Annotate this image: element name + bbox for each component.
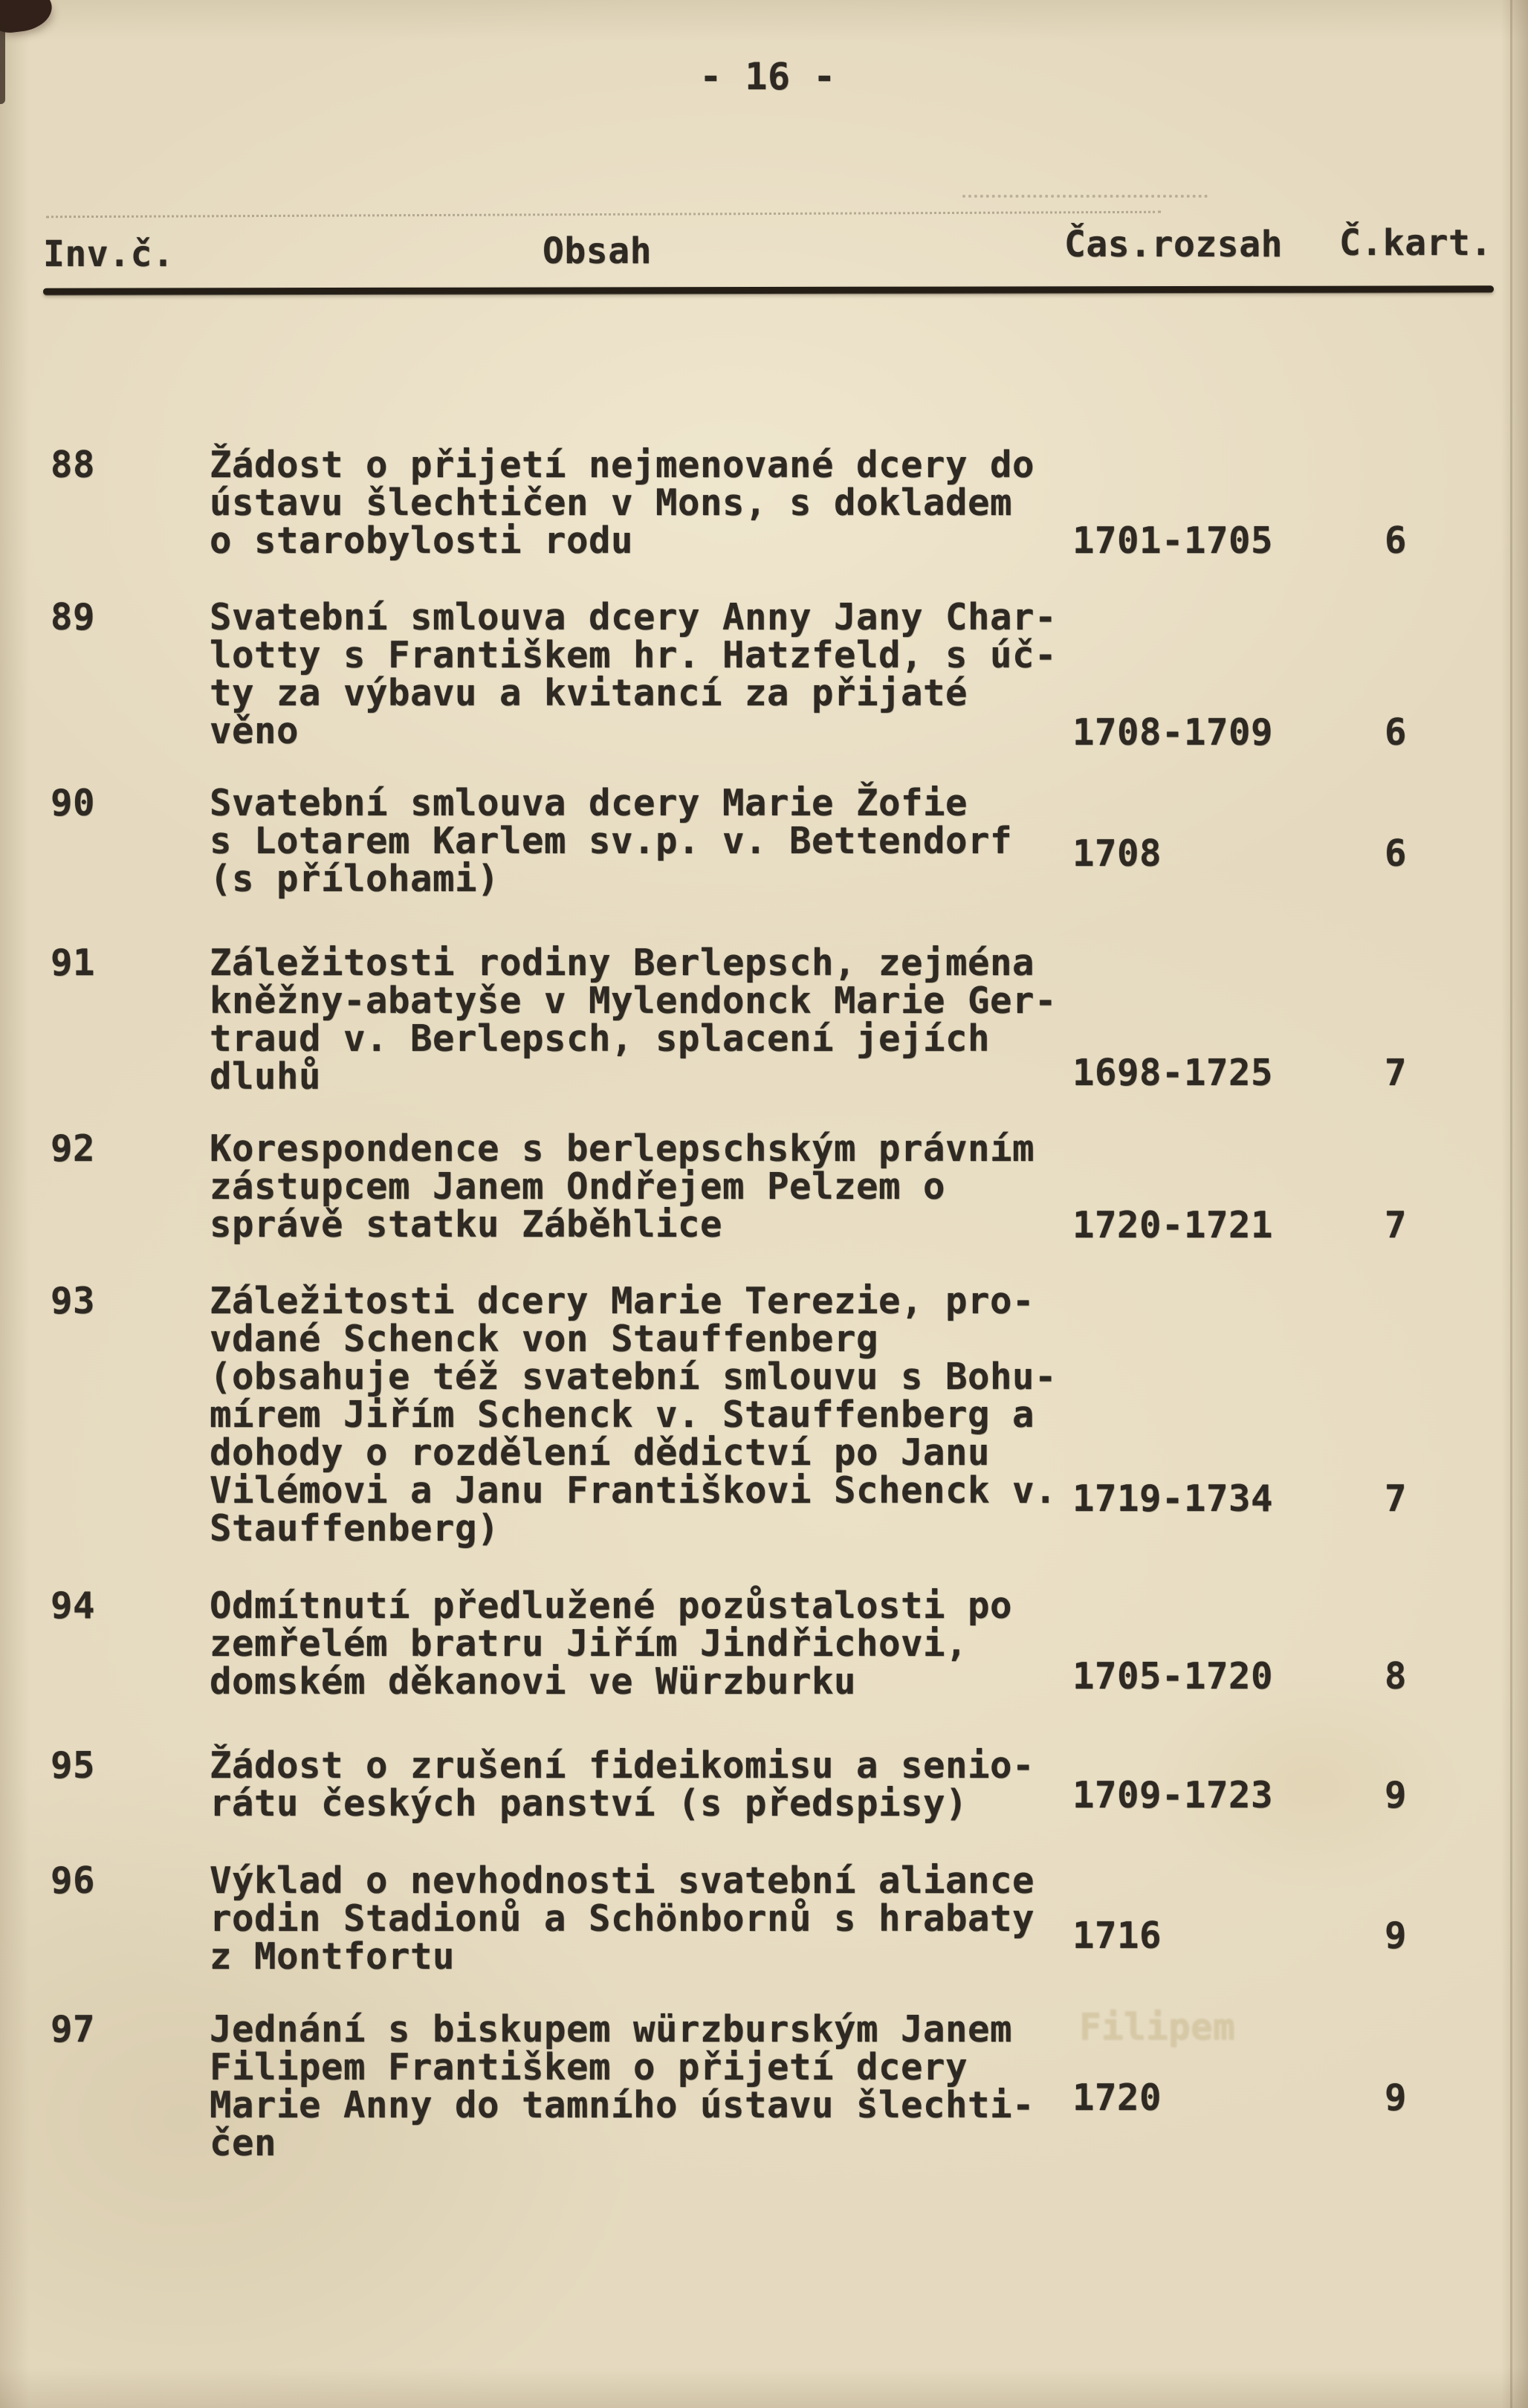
date-range: 1720-1721 [1072,1206,1273,1244]
entry-content: Jednání s biskupem würzburským JanemFili… [210,2010,1035,2162]
date-range: 1719-1734 [1072,1480,1273,1518]
inventory-number: 97 [51,2010,95,2048]
inventory-number: 90 [51,784,95,822]
content-line: ústavu šlechtičen v Mons, s dokladem [210,484,1035,522]
content-line: zástupcem Janem Ondřejem Pelzem o [210,1168,1035,1205]
content-line: Výklad o nevhodnosti svatební aliance [210,1862,1035,1900]
column-header-inv: Inv.č. [43,233,174,275]
column-header-date-range: Čas.rozsah [1064,224,1283,265]
content-line: Marie Anny do tamního ústavu šlechti- [210,2086,1035,2124]
entry-content: Záležitosti rodiny Berlepsch, zejménakně… [210,944,1057,1095]
content-line: čen [210,2124,1035,2162]
content-line: vdané Schenck von Stauffenberg [210,1320,1057,1358]
content-line: rodin Stadionů a Schönbornů s hrabaty [210,1900,1035,1938]
entry-content: Svatební smlouva dcery Anny Jany Char-lo… [210,598,1057,750]
date-range: 1701-1705 [1072,522,1273,560]
content-line: věno [210,712,1057,750]
inventory-number: 92 [51,1130,95,1168]
content-line: Vilémovi a Janu Františkovi Schenck v. [210,1472,1057,1509]
content-line: s Lotarem Karlem sv.p. v. Bettendorf [210,822,1012,860]
carton-number: 7 [1364,1206,1427,1244]
content-line: lotty s Františkem hr. Hatzfeld, s úč- [210,636,1057,674]
content-line: dluhů [210,1058,1057,1095]
ghost-text-artifact: Filipem [1079,2008,1235,2046]
entry-content: Žádost o přijetí nejmenované dcery doúst… [210,446,1035,560]
content-line: Stauffenberg) [210,1509,1057,1547]
inventory-number: 94 [51,1587,95,1625]
column-header-content: Obsah [543,230,652,272]
content-line: Korespondence s berlepschským právním [210,1130,1035,1168]
inventory-number: 89 [51,598,95,636]
content-line: (s přílohami) [210,860,1012,898]
content-line: dohody o rozdělení dědictví po Janu [210,1434,1057,1472]
page-number: - 16 - [690,55,846,98]
date-range: 1708 [1072,835,1162,873]
content-line: (obsahuje též svatební smlouvu s Bohu- [210,1358,1057,1396]
carton-number: 9 [1364,2079,1427,2117]
entry-content: Záležitosti dcery Marie Terezie, pro-vda… [210,1282,1057,1547]
typewriter-dots [962,195,1208,198]
date-range: 1716 [1072,1917,1162,1955]
entry-content: Odmítnutí předlužené pozůstalosti pozemř… [210,1587,1012,1700]
inventory-number: 88 [51,446,95,484]
entry-content: Svatební smlouva dcery Marie Žofies Lota… [210,784,1012,898]
inventory-number: 95 [51,1747,95,1784]
scan-edge-mark [0,22,5,104]
carton-number: 6 [1364,713,1427,751]
content-line: Svatební smlouva dcery Anny Jany Char- [210,598,1057,636]
header-rule [43,285,1494,294]
content-line: Žádost o přijetí nejmenované dcery do [210,446,1035,484]
content-line: správě statku Záběhlice [210,1205,1035,1243]
content-line: Žádost o zrušení fideikomisu a senio- [210,1747,1035,1784]
entry-content: Žádost o zrušení fideikomisu a senio-rát… [210,1747,1035,1822]
inventory-number: 93 [51,1282,95,1320]
page-edge-shadow [1510,0,1512,2408]
date-range: 1709-1723 [1072,1776,1273,1814]
entry-content: Korespondence s berlepschským právnímzás… [210,1130,1035,1243]
content-line: o starobylosti rodu [210,522,1035,560]
carton-number: 7 [1364,1480,1427,1518]
carton-number: 8 [1364,1657,1427,1695]
content-line: traud v. Berlepsch, splacení jejích [210,1020,1057,1058]
column-header-carton: Č.kart. [1339,222,1492,264]
content-line: zemřelém bratru Jiřím Jindřichovi, [210,1625,1012,1663]
inventory-number: 96 [51,1862,95,1900]
date-range: 1708-1709 [1072,713,1273,751]
content-line: Záležitosti rodiny Berlepsch, zejména [210,944,1057,982]
carton-number: 9 [1364,1917,1427,1955]
date-range: 1720 [1072,2079,1162,2117]
date-range: 1705-1720 [1072,1657,1273,1695]
content-line: Odmítnutí předlužené pozůstalosti po [210,1587,1012,1625]
inventory-number: 91 [51,944,95,982]
date-range: 1698-1725 [1072,1054,1273,1092]
content-line: domském děkanovi ve Würzburku [210,1663,1012,1700]
typewriter-dots [46,211,1161,219]
entry-content: Výklad o nevhodnosti svatební aliancerod… [210,1862,1035,1975]
scan-corner-mark [0,0,54,35]
content-line: ty za výbavu a kvitancí za přijaté [210,674,1057,712]
content-line: Svatební smlouva dcery Marie Žofie [210,784,1012,822]
carton-number: 7 [1364,1054,1427,1092]
content-line: mírem Jiřím Schenck v. Stauffenberg a [210,1396,1057,1434]
content-line: kněžny-abatyše v Mylendonck Marie Ger- [210,982,1057,1020]
content-line: z Montfortu [210,1938,1035,1975]
document-page: - 16 - Inv.č. Obsah Čas.rozsah Č.kart. 8… [0,0,1528,2408]
carton-number: 6 [1364,522,1427,560]
content-line: rátu českých panství (s předspisy) [210,1784,1035,1822]
carton-number: 6 [1364,835,1427,873]
carton-number: 9 [1364,1776,1427,1814]
content-line: Jednání s biskupem würzburským Janem [210,2010,1035,2048]
content-line: Záležitosti dcery Marie Terezie, pro- [210,1282,1057,1320]
content-line: Filipem Františkem o přijetí dcery [210,2048,1035,2086]
